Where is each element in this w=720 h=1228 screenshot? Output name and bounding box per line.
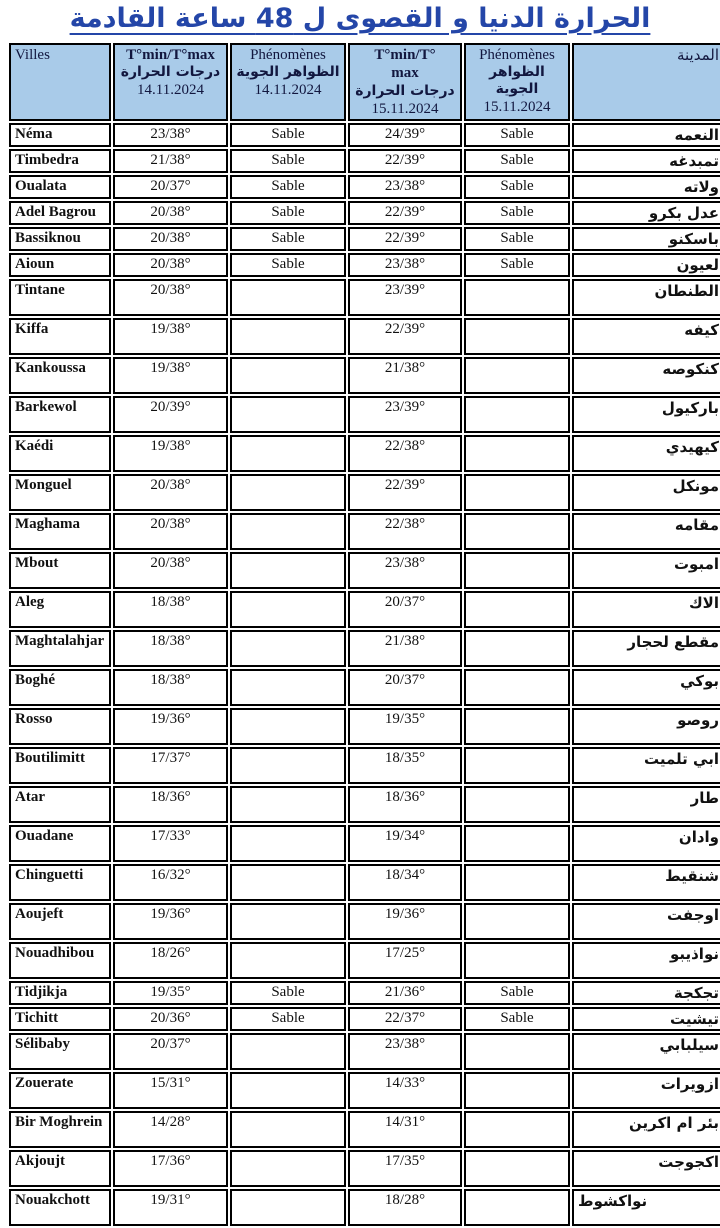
city-name-fr-cell: Nouakchott <box>9 1189 111 1226</box>
phenomene-14-cell: Sable <box>230 981 346 1005</box>
phenomenes-15-label: Phénomènes <box>470 46 564 64</box>
city-name-fr-cell: Akjoujt <box>9 1150 111 1187</box>
phenomene-15-cell: Sable <box>464 253 570 277</box>
table-row: Maghtalahjar 18/38° 21/38° مقطع لحجار <box>9 630 720 667</box>
col-header-temp-15: T°min/T° max درجات الحرارة 15.11.2024 <box>348 43 462 121</box>
table-row: Adel Bagrou 20/38° Sable 22/39° Sable عد… <box>9 201 720 225</box>
city-name-arabic-cell: عدل بكرو <box>572 201 720 225</box>
city-name-fr-cell: Atar <box>9 786 111 823</box>
table-row: Akjoujt 17/36° 17/35° اكجوجت <box>9 1150 720 1187</box>
city-name-arabic-cell: كيهيدي <box>572 435 720 472</box>
city-name-arabic-cell: امبوت <box>572 552 720 589</box>
city-name-fr-cell: Monguel <box>9 474 111 511</box>
phenomene-15-cell <box>464 1033 570 1070</box>
phenomene-15-cell <box>464 669 570 706</box>
temp-min-max-15-cell: 22/39° <box>348 318 462 355</box>
temp-min-max-15-cell: 22/38° <box>348 435 462 472</box>
temp-min-max-14-cell: 19/36° <box>113 903 228 940</box>
city-name-arabic-cell: طار <box>572 786 720 823</box>
col-header-city-arabic: المدينة <box>572 43 720 121</box>
phenomene-14-cell: Sable <box>230 227 346 251</box>
phenomene-14-cell <box>230 591 346 628</box>
city-name-fr-cell: Aoujeft <box>9 903 111 940</box>
phenomene-15-cell <box>464 747 570 784</box>
weather-table-body: Néma 23/38° Sable 24/39° Sable النعمه Ti… <box>9 123 720 1226</box>
city-name-arabic-cell: النعمه <box>572 123 720 147</box>
city-name-fr-cell: Sélibaby <box>9 1033 111 1070</box>
city-name-arabic-cell: اوجفت <box>572 903 720 940</box>
temp-min-max-15-cell: 23/38° <box>348 175 462 199</box>
table-row: Kaédi 19/38° 22/38° كيهيدي <box>9 435 720 472</box>
city-name-fr-cell: Kankoussa <box>9 357 111 394</box>
city-name-fr-cell: Aleg <box>9 591 111 628</box>
temp-min-max-14-cell: 15/31° <box>113 1072 228 1109</box>
table-row: Boutilimitt 17/37° 18/35° ابي تلميت <box>9 747 720 784</box>
phenomenes-15-date: 15.11.2024 <box>470 98 564 116</box>
city-name-fr-cell: Boghé <box>9 669 111 706</box>
city-name-arabic-cell: نواكشوط <box>572 1189 720 1226</box>
phenomene-15-cell <box>464 591 570 628</box>
city-name-fr-cell: Bassiknou <box>9 227 111 251</box>
temp-14-date: 14.11.2024 <box>119 81 222 99</box>
table-row: Boghé 18/38° 20/37° بوكي <box>9 669 720 706</box>
phenomene-15-cell: Sable <box>464 175 570 199</box>
temp-min-max-14-cell: 23/38° <box>113 123 228 147</box>
table-row: Ouadane 17/33° 19/34° وادان <box>9 825 720 862</box>
temp-min-max-14-cell: 19/31° <box>113 1189 228 1226</box>
temp-min-max-14-cell: 20/38° <box>113 552 228 589</box>
phenomene-15-cell <box>464 1072 570 1109</box>
city-name-arabic-cell: اكجوجت <box>572 1150 720 1187</box>
city-name-arabic-cell: ولاته <box>572 175 720 199</box>
temp-min-max-14-cell: 19/35° <box>113 981 228 1005</box>
table-row: Bir Moghrein 14/28° 14/31° بئر ام اكرين <box>9 1111 720 1148</box>
phenomene-15-cell <box>464 474 570 511</box>
table-row: Aleg 18/38° 20/37° الاك <box>9 591 720 628</box>
phenomene-14-cell <box>230 708 346 745</box>
phenomene-15-cell: Sable <box>464 149 570 173</box>
temp-min-max-14-cell: 18/36° <box>113 786 228 823</box>
city-name-fr-cell: Chinguetti <box>9 864 111 901</box>
phenomene-15-cell <box>464 942 570 979</box>
phenomene-14-cell: Sable <box>230 253 346 277</box>
temp-min-max-14-cell: 18/26° <box>113 942 228 979</box>
city-name-fr-cell: Timbedra <box>9 149 111 173</box>
temp-min-max-14-cell: 19/38° <box>113 357 228 394</box>
temp-min-max-14-cell: 20/38° <box>113 227 228 251</box>
phenomene-14-cell <box>230 669 346 706</box>
phenomene-14-cell: Sable <box>230 149 346 173</box>
city-name-arabic-cell: الطنطان <box>572 279 720 316</box>
temp-min-max-15-cell: 22/38° <box>348 513 462 550</box>
city-name-fr-cell: Néma <box>9 123 111 147</box>
table-row: Tidjikja 19/35° Sable 21/36° Sable تجكجة <box>9 981 720 1005</box>
table-row: Nouakchott 19/31° 18/28° نواكشوط <box>9 1189 720 1226</box>
temp-min-max-15-cell: 23/39° <box>348 396 462 433</box>
phenomene-14-cell <box>230 630 346 667</box>
phenomene-14-cell: Sable <box>230 1007 346 1031</box>
col-header-villes: Villes <box>9 43 111 121</box>
temp-min-max-15-cell: 19/36° <box>348 903 462 940</box>
temp-min-max-15-cell: 22/37° <box>348 1007 462 1031</box>
weather-bulletin-page: الحرارة الدنيا و القصوى ل 48 ساعة القادم… <box>0 0 720 1228</box>
city-name-arabic-cell: لعيون <box>572 253 720 277</box>
temp-min-max-15-cell: 14/33° <box>348 1072 462 1109</box>
table-row: Timbedra 21/38° Sable 22/39° Sable تمبدغ… <box>9 149 720 173</box>
col-header-temp-14: T°min/T°max درجات الحرارة 14.11.2024 <box>113 43 228 121</box>
temp-min-max-15-cell: 22/39° <box>348 227 462 251</box>
phenomene-14-cell <box>230 318 346 355</box>
temp-min-max-14-cell: 20/37° <box>113 1033 228 1070</box>
temp-15-label-line2: max <box>354 64 456 82</box>
city-name-arabic-cell: كنكوصه <box>572 357 720 394</box>
temp-min-max-15-cell: 14/31° <box>348 1111 462 1148</box>
table-row: Kankoussa 19/38° 21/38° كنكوصه <box>9 357 720 394</box>
city-name-arabic-cell: مونكل <box>572 474 720 511</box>
temp-min-max-15-cell: 17/25° <box>348 942 462 979</box>
phenomene-15-cell <box>464 825 570 862</box>
phenomene-14-cell <box>230 903 346 940</box>
table-row: Maghama 20/38° 22/38° مقامه <box>9 513 720 550</box>
table-row: Néma 23/38° Sable 24/39° Sable النعمه <box>9 123 720 147</box>
city-name-arabic-cell: مقطع لحجار <box>572 630 720 667</box>
temp-min-max-14-cell: 20/39° <box>113 396 228 433</box>
phenomene-15-cell <box>464 864 570 901</box>
city-name-arabic-cell: روصو <box>572 708 720 745</box>
temp-min-max-15-cell: 21/38° <box>348 630 462 667</box>
city-name-fr-cell: Barkewol <box>9 396 111 433</box>
phenomene-15-cell <box>464 435 570 472</box>
city-name-fr-cell: Zouerate <box>9 1072 111 1109</box>
table-row: Bassiknou 20/38° Sable 22/39° Sable باسك… <box>9 227 720 251</box>
city-name-fr-cell: Boutilimitt <box>9 747 111 784</box>
phenomene-15-cell <box>464 708 570 745</box>
phenomene-15-cell <box>464 513 570 550</box>
temp-min-max-14-cell: 20/38° <box>113 253 228 277</box>
city-name-arabic-cell: باركيول <box>572 396 720 433</box>
phenomene-15-cell <box>464 357 570 394</box>
temp-15-label-line1: T°min/T° <box>354 46 456 64</box>
phenomene-14-cell <box>230 1072 346 1109</box>
temp-min-max-15-cell: 24/39° <box>348 123 462 147</box>
city-name-arabic-cell: تيشيت <box>572 1007 720 1031</box>
city-name-fr-cell: Aioun <box>9 253 111 277</box>
temp-min-max-15-cell: 19/35° <box>348 708 462 745</box>
temp-min-max-14-cell: 20/38° <box>113 474 228 511</box>
temp-min-max-15-cell: 21/36° <box>348 981 462 1005</box>
temp-min-max-15-cell: 17/35° <box>348 1150 462 1187</box>
city-name-arabic-cell: نواذيبو <box>572 942 720 979</box>
temp-min-max-15-cell: 19/34° <box>348 825 462 862</box>
city-name-arabic-cell: كيفه <box>572 318 720 355</box>
temp-min-max-14-cell: 19/38° <box>113 435 228 472</box>
table-row: Oualata 20/37° Sable 23/38° Sable ولاته <box>9 175 720 199</box>
city-name-fr-cell: Ouadane <box>9 825 111 862</box>
phenomene-14-cell <box>230 1033 346 1070</box>
phenomene-15-cell: Sable <box>464 1007 570 1031</box>
phenomene-14-cell <box>230 435 346 472</box>
table-header: Villes T°min/T°max درجات الحرارة 14.11.2… <box>9 43 720 121</box>
temp-min-max-14-cell: 20/38° <box>113 279 228 316</box>
phenomenes-14-date: 14.11.2024 <box>236 81 340 99</box>
table-row: Nouadhibou 18/26° 17/25° نواذيبو <box>9 942 720 979</box>
temp-min-max-14-cell: 20/38° <box>113 513 228 550</box>
phenomene-14-cell: Sable <box>230 123 346 147</box>
phenomene-15-cell <box>464 903 570 940</box>
temp-14-label-arabic: درجات الحرارة <box>119 64 222 81</box>
temp-min-max-14-cell: 17/37° <box>113 747 228 784</box>
table-row: Atar 18/36° 18/36° طار <box>9 786 720 823</box>
phenomene-14-cell <box>230 747 346 784</box>
temp-min-max-15-cell: 23/38° <box>348 1033 462 1070</box>
table-row: Mbout 20/38° 23/38° امبوت <box>9 552 720 589</box>
table-row: Sélibaby 20/37° 23/38° سيلبابي <box>9 1033 720 1070</box>
col-header-phenomenes-14: Phénomènes الظواهر الجوية 14.11.2024 <box>230 43 346 121</box>
temp-min-max-14-cell: 20/37° <box>113 175 228 199</box>
table-row: Tintane 20/38° 23/39° الطنطان <box>9 279 720 316</box>
city-name-fr-cell: Maghama <box>9 513 111 550</box>
phenomene-14-cell <box>230 357 346 394</box>
phenomene-15-cell <box>464 279 570 316</box>
temp-min-max-15-cell: 21/38° <box>348 357 462 394</box>
temp-min-max-14-cell: 21/38° <box>113 149 228 173</box>
temp-min-max-15-cell: 23/38° <box>348 552 462 589</box>
temp-15-date: 15.11.2024 <box>354 100 456 118</box>
temp-min-max-14-cell: 16/32° <box>113 864 228 901</box>
temp-min-max-14-cell: 20/36° <box>113 1007 228 1031</box>
temp-min-max-14-cell: 14/28° <box>113 1111 228 1148</box>
city-name-arabic-cell: مقامه <box>572 513 720 550</box>
phenomenes-15-label-arabic: الظواهر الجوية <box>470 64 564 98</box>
city-name-arabic-cell: ازويرات <box>572 1072 720 1109</box>
city-name-fr-cell: Tintane <box>9 279 111 316</box>
city-name-arabic-cell: شنقيط <box>572 864 720 901</box>
phenomene-14-cell <box>230 1150 346 1187</box>
phenomene-15-cell <box>464 1150 570 1187</box>
table-row: Zouerate 15/31° 14/33° ازويرات <box>9 1072 720 1109</box>
phenomene-15-cell <box>464 1111 570 1148</box>
temp-15-label-arabic: درجات الحرارة <box>354 83 456 100</box>
phenomene-14-cell: Sable <box>230 175 346 199</box>
phenomene-14-cell <box>230 942 346 979</box>
temp-min-max-15-cell: 18/36° <box>348 786 462 823</box>
phenomene-14-cell <box>230 396 346 433</box>
phenomene-14-cell <box>230 864 346 901</box>
city-name-fr-cell: Rosso <box>9 708 111 745</box>
city-name-fr-cell: Oualata <box>9 175 111 199</box>
table-row: Chinguetti 16/32° 18/34° شنقيط <box>9 864 720 901</box>
phenomene-14-cell <box>230 552 346 589</box>
table-row: Kiffa 19/38° 22/39° كيفه <box>9 318 720 355</box>
temp-min-max-15-cell: 23/39° <box>348 279 462 316</box>
phenomene-14-cell <box>230 513 346 550</box>
temp-min-max-15-cell: 20/37° <box>348 669 462 706</box>
phenomene-15-cell: Sable <box>464 123 570 147</box>
table-row: Rosso 19/36° 19/35° روصو <box>9 708 720 745</box>
phenomene-14-cell <box>230 786 346 823</box>
temp-min-max-14-cell: 17/36° <box>113 1150 228 1187</box>
city-name-arabic-cell: بئر ام اكرين <box>572 1111 720 1148</box>
temp-min-max-14-cell: 19/38° <box>113 318 228 355</box>
table-row: Monguel 20/38° 22/39° مونكل <box>9 474 720 511</box>
page-title: الحرارة الدنيا و القصوى ل 48 ساعة القادم… <box>0 0 720 34</box>
temp-min-max-15-cell: 22/39° <box>348 149 462 173</box>
temp-min-max-14-cell: 17/33° <box>113 825 228 862</box>
phenomene-15-cell <box>464 552 570 589</box>
city-name-arabic-cell: ابي تلميت <box>572 747 720 784</box>
city-name-arabic-cell: سيلبابي <box>572 1033 720 1070</box>
phenomene-14-cell: Sable <box>230 201 346 225</box>
phenomene-14-cell <box>230 279 346 316</box>
temp-min-max-14-cell: 19/36° <box>113 708 228 745</box>
temp-14-label: T°min/T°max <box>119 46 222 64</box>
city-name-fr-cell: Kiffa <box>9 318 111 355</box>
temp-min-max-14-cell: 20/38° <box>113 201 228 225</box>
phenomene-15-cell: Sable <box>464 981 570 1005</box>
city-name-fr-cell: Kaédi <box>9 435 111 472</box>
table-row: Aoujeft 19/36° 19/36° اوجفت <box>9 903 720 940</box>
temp-min-max-15-cell: 22/39° <box>348 201 462 225</box>
phenomene-15-cell <box>464 396 570 433</box>
header-row: Villes T°min/T°max درجات الحرارة 14.11.2… <box>9 43 720 121</box>
city-name-arabic-cell: تمبدغه <box>572 149 720 173</box>
city-name-fr-cell: Maghtalahjar <box>9 630 111 667</box>
temp-min-max-15-cell: 18/28° <box>348 1189 462 1226</box>
temp-min-max-15-cell: 20/37° <box>348 591 462 628</box>
col-header-phenomenes-15: Phénomènes الظواهر الجوية 15.11.2024 <box>464 43 570 121</box>
phenomene-15-cell <box>464 630 570 667</box>
city-name-fr-cell: Tichitt <box>9 1007 111 1031</box>
table-row: Aioun 20/38° Sable 23/38° Sable لعيون <box>9 253 720 277</box>
city-name-arabic-cell: بوكي <box>572 669 720 706</box>
phenomenes-14-label: Phénomènes <box>236 46 340 64</box>
phenomene-14-cell <box>230 1189 346 1226</box>
phenomene-15-cell <box>464 786 570 823</box>
phenomenes-14-label-arabic: الظواهر الجوية <box>236 64 340 81</box>
city-name-arabic-cell: باسكنو <box>572 227 720 251</box>
temp-min-max-15-cell: 18/34° <box>348 864 462 901</box>
phenomene-14-cell <box>230 825 346 862</box>
city-name-arabic-cell: الاك <box>572 591 720 628</box>
city-name-fr-cell: Nouadhibou <box>9 942 111 979</box>
phenomene-14-cell <box>230 1111 346 1148</box>
phenomene-15-cell <box>464 1189 570 1226</box>
temp-min-max-14-cell: 18/38° <box>113 591 228 628</box>
city-name-arabic-cell: وادان <box>572 825 720 862</box>
temp-min-max-15-cell: 22/39° <box>348 474 462 511</box>
phenomene-15-cell: Sable <box>464 201 570 225</box>
temp-min-max-15-cell: 18/35° <box>348 747 462 784</box>
temp-min-max-15-cell: 23/38° <box>348 253 462 277</box>
city-name-fr-cell: Adel Bagrou <box>9 201 111 225</box>
city-name-fr-cell: Mbout <box>9 552 111 589</box>
temp-min-max-14-cell: 18/38° <box>113 630 228 667</box>
weather-table: Villes T°min/T°max درجات الحرارة 14.11.2… <box>7 41 720 1228</box>
city-name-arabic-cell: تجكجة <box>572 981 720 1005</box>
phenomene-15-cell: Sable <box>464 227 570 251</box>
temp-min-max-14-cell: 18/38° <box>113 669 228 706</box>
phenomene-15-cell <box>464 318 570 355</box>
phenomene-14-cell <box>230 474 346 511</box>
table-row: Barkewol 20/39° 23/39° باركيول <box>9 396 720 433</box>
city-name-fr-cell: Bir Moghrein <box>9 1111 111 1148</box>
table-row: Tichitt 20/36° Sable 22/37° Sable تيشيت <box>9 1007 720 1031</box>
city-name-fr-cell: Tidjikja <box>9 981 111 1005</box>
